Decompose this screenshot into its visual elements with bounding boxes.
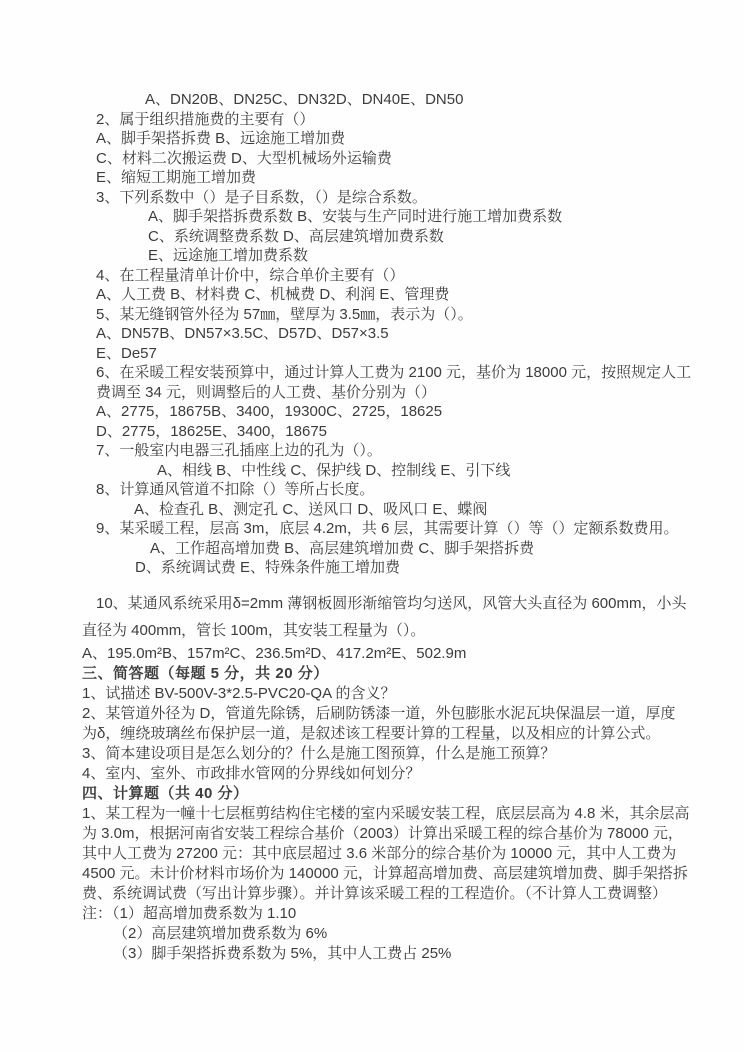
mc-q2-options-ab: A、脚手架搭拆费 B、远途施工增加费 (96, 129, 708, 149)
mc-q8-options: A、检查孔 B、测定孔 C、送风口 D、吸风口 E、蝶阀 (134, 500, 708, 520)
mc-q5-stem: 5、某无缝钢管外径为 57㎜，壁厚为 3.5㎜，表示为（）。 (96, 305, 708, 325)
sa-q3: 3、简本建设项目是怎么划分的？什么是施工图预算，什么是施工预算？ (82, 744, 708, 764)
mc-q6-options-de: D、2775，18625E、3400，18675 (96, 422, 708, 442)
mc-q2-stem: 2、属于组织措施费的主要有（） (96, 110, 708, 130)
sa-q2-line1: 2、某管道外径为 D，管道先除锈，后刷防锈漆一道，外包膨胀水泥瓦块保温层一道，厚… (82, 704, 708, 724)
mc-q4-options: A、人工费 B、材料费 C、机械费 D、利润 E、管理费 (96, 285, 708, 305)
mc-q5-option-e: E、De57 (96, 344, 708, 364)
mc-q7-stem: 7、一般室内电器三孔插座上边的孔为（）。 (96, 441, 708, 461)
mc-q6-options-abc: A、2775，18675B、3400，19300C、2725，18625 (96, 402, 708, 422)
mc-q3-option-e: E、远途施工增加费系数 (148, 246, 708, 266)
mc-q10-options: A、195.0m²B、157m²C、236.5m²D、417.2m²E、502.… (82, 644, 708, 664)
calc-note-2: （2）高层建筑增加费系数为 6% (113, 924, 708, 944)
calc-note-1: 注：（1）超高增加费系数为 1.10 (82, 904, 708, 924)
mc-q3-options-ab: A、脚手架搭拆费系数 B、安装与生产同时进行施工增加费系数 (148, 207, 708, 227)
sa-q2-line2: 为δ，缠绕玻璃丝布保护层一道，是叙述该工程要计算的工程量，以及相应的计算公式。 (82, 724, 708, 744)
sa-q1: 1、试描述 BV-500V-3*2.5-PVC20-QA 的含义？ (82, 684, 708, 704)
mc-q6-stem-line1: 6、在采暖工程安装预算中，通过计算人工费为 2100 元，基价为 18000 元… (96, 363, 708, 383)
section-short-answer: 三、简答题（每题 5 分，共 20 分） 1、试描述 BV-500V-3*2.5… (82, 664, 708, 784)
mc-q3-stem: 3、下列系数中（）是子目系数，（）是综合系数。 (96, 188, 708, 208)
mc-q9-stem: 9、某采暖工程，层高 3m，底层 4.2m，共 6 层，其需要计算（）等（）定额… (96, 519, 708, 539)
calc-note-3: （3）脚手架搭拆费系数为 5%，其中人工费占 25% (113, 944, 708, 964)
mc-q7-options: A、相线 B、中性线 C、保护线 D、控制线 E、引下线 (157, 461, 708, 481)
section-multiple-choice: A、DN20B、DN25C、DN32D、DN40E、DN50 2、属于组织措施费… (82, 90, 708, 664)
mc-q1-options: A、DN20B、DN25C、DN32D、DN40E、DN50 (145, 90, 708, 110)
mc-q5-options-ad: A、DN57B、DN57×3.5C、D57D、D57×3.5 (96, 324, 708, 344)
section-calculation: 四、计算题（共 40 分） 1、某工程为一幢十七层框剪结构住宅楼的室内采暖安装工… (82, 784, 708, 964)
short-answer-heading: 三、简答题（每题 5 分，共 20 分） (82, 664, 708, 684)
calc-q1-line3: 其中人工费为 27200 元：其中底层超过 3.6 米部分的综合基价为 1000… (82, 844, 708, 864)
mc-q8-stem: 8、计算通风管道不扣除（）等所占长度。 (96, 480, 708, 500)
exam-document-page: A、DN20B、DN25C、DN32D、DN40E、DN50 2、属于组织措施费… (0, 0, 744, 964)
calc-q1-line5: 费、系统调试费（写出计算步骤）。并计算该采暖工程的工程造价。（不计算人工费调整） (82, 884, 708, 904)
mc-q10-stem-line1: 10、某通风系统采用δ=2mm 薄钢板圆形渐缩管均匀送风，风管大头直径为 600… (96, 590, 708, 617)
sa-q4: 4、室内、室外、市政排水管网的分界线如何划分？ (82, 764, 708, 784)
mc-q2-options-cd: C、材料二次搬运费 D、大型机械场外运输费 (96, 149, 708, 169)
calc-q1-line2: 为 3.0m，根据河南省安装工程综合基价（2003）计算出采暖工程的综合基价为 … (82, 824, 708, 844)
mc-q4-stem: 4、在工程量清单计价中，综合单价主要有（） (96, 266, 708, 286)
mc-q6-stem-line2: 费调至 34 元，则调整后的人工费、基价分别为（） (96, 383, 708, 403)
mc-q9-options-de: D、系统调试费 E、特殊条件施工增加费 (135, 558, 708, 578)
mc-q2-option-e: E、缩短工期施工增加费 (96, 168, 708, 188)
calc-q1-line4: 4500 元。未计价材料市场价为 140000 元，计算超高增加费、高层建筑增加… (82, 864, 708, 884)
calc-q1-line1: 1、某工程为一幢十七层框剪结构住宅楼的室内采暖安装工程，底层层高为 4.8 米，… (82, 804, 708, 824)
mc-q3-options-cd: C、系统调整费系数 D、高层建筑增加费系数 (148, 227, 708, 247)
calculation-heading: 四、计算题（共 40 分） (82, 784, 708, 804)
mc-q10-stem-line2: 直径为 400mm，管长 100m，其安装工程量为（）。 (82, 617, 708, 644)
mc-q9-options-abc: A、工作超高增加费 B、高层建筑增加费 C、脚手架搭拆费 (150, 539, 708, 559)
